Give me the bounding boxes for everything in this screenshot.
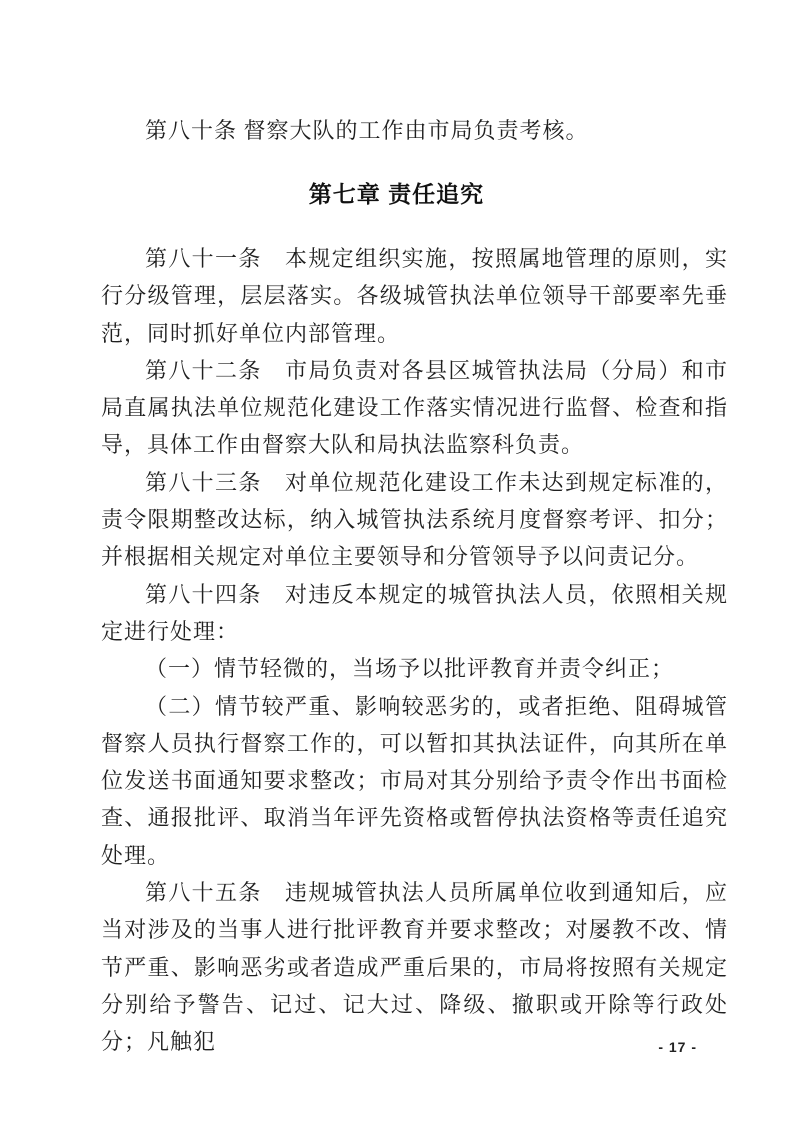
chapter-heading: 第七章 责任追究 [0, 179, 793, 209]
paragraph-article-82: 第八十二条 市局负责对各县区城管执法局（分局）和市局直属执法单位规范化建设工作落… [101, 352, 728, 464]
paragraph-article-84: 第八十四条 对违反本规定的城管执法人员，依照相关规定进行处理： [101, 576, 728, 651]
paragraph-article-80: 第八十条 督察大队的工作由市局负责考核。 [101, 112, 728, 149]
paragraph-article-84-item-1: （一）情节轻微的，当场予以批评教育并责令纠正； [101, 650, 728, 687]
paragraph-article-85: 第八十五条 违规城管执法人员所属单位收到通知后，应当对涉及的当事人进行批评教育并… [101, 874, 728, 1060]
paragraph-article-84-item-2: （二）情节较严重、影响较恶劣的，或者拒绝、阻碍城管督察人员执行督察工作的，可以暂… [101, 688, 728, 874]
paragraph-article-83: 第八十三条 对单位规范化建设工作未达到规定标准的，责令限期整改达标，纳入城管执法… [101, 464, 728, 576]
page-number: - 17 - [658, 1039, 697, 1055]
chapter-body: 第八十一条 本规定组织实施，按照属地管理的原则，实行分级管理，层层落实。各级城管… [101, 240, 728, 1061]
paragraph-article-81: 第八十一条 本规定组织实施，按照属地管理的原则，实行分级管理，层层落实。各级城管… [101, 240, 728, 352]
document-page: 第八十条 督察大队的工作由市局负责考核。 第七章 责任追究 第八十一条 本规定组… [0, 0, 793, 1122]
